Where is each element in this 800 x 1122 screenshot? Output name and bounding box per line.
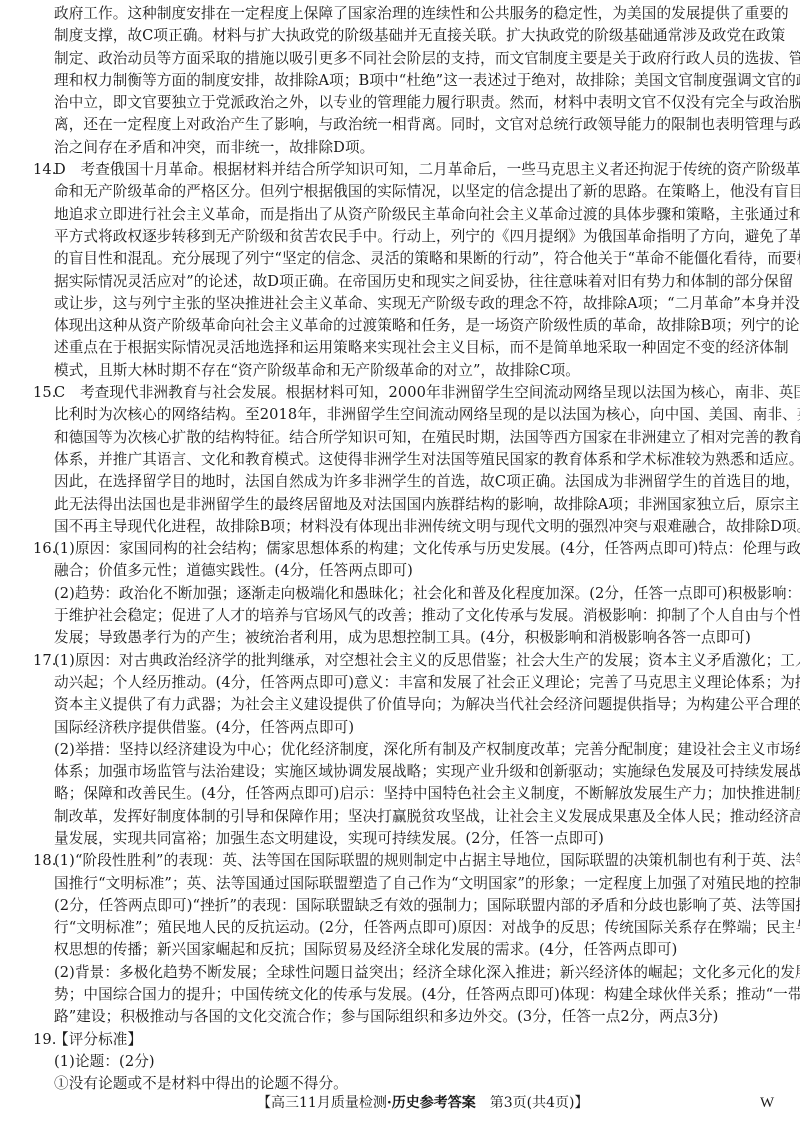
text-line: 体系，并推广其语言、文化和教育模式。这使得非洲学生对法国等殖民国家的教育体系和学… <box>33 449 773 471</box>
text-line: 国不再主导现代化进程，故排除B项；材料没有体现出非洲传统文明与现代文明的强烈冲突… <box>33 516 773 538</box>
text-line: (1)论题：(2分) <box>33 1051 773 1073</box>
line-text: 制定、政治动员等方面采取的措施以吸引更多不同社会阶层的支持，而文官制度主要是关于… <box>54 50 800 67</box>
line-text: 命和无产阶级革命的严格区分。但列宁根据俄国的实际情况，以坚定的信念提出了新的思路… <box>54 183 800 200</box>
text-line: 治中立，即文官要独立于党派政治之外，以专业的管理能力履行职责。然而，材料中表明文… <box>33 92 773 114</box>
question-number: 16. <box>33 538 54 560</box>
text-line: 量发展，实现共同富裕；加强生态文明建设，实现可持续发展。(2分，任答一点即可) <box>33 828 773 850</box>
line-text: 发展；导致愚孝行为的产生；被统治者利用，成为思想控制工具。(4分，积极影响和消极… <box>54 629 751 646</box>
line-text: 或让步，这与列宁主张的坚决推进社会主义革命、实现无产阶级专政的理念不符，故排除A… <box>54 295 800 312</box>
text-line: 和德国等为次核心扩散的结构特征。结合所学知识可知，在殖民时期，法国等西方国家在非… <box>33 427 773 449</box>
line-text: 因此，在选择留学目的地时，法国自然成为许多非洲学生的首选，故C项正确。法国成为非… <box>54 473 800 490</box>
line-text: 行“文明标准”；殖民地人民的反抗运动。(2分，任答两点即可)原因：对战争的反思；… <box>54 919 800 936</box>
line-text: 理和权力制衡等方面的制度安排，故排除A项；B项中“杜绝”这一表述过于绝对，故排除… <box>54 72 800 89</box>
line-text: 融合；价值多元性；道德实践性。(4分，任答两点即可) <box>54 562 413 579</box>
text-line: 地追求立即进行社会主义革命，而是指出了从资产阶级民主革命向社会主义革命过渡的具体… <box>33 204 773 226</box>
line-text: 治中立，即文官要独立于党派政治之外，以专业的管理能力履行职责。然而，材料中表明文… <box>54 94 800 111</box>
text-line: 行“文明标准”；殖民地人民的反抗运动。(2分，任答两点即可)原因：对战争的反思；… <box>33 917 773 939</box>
line-text: 略；保障和改善民生。(4分，任答两点即可)启示：坚持中国特色社会主义制度，不断解… <box>54 785 800 802</box>
line-text: 量发展，实现共同富裕；加强生态文明建设，实现可持续发展。(2分，任答一点即可) <box>54 830 604 847</box>
footer-page-info: 第3页(共4页) <box>490 1095 575 1111</box>
answer-key-body: 政府工作。这种制度安排在一定程度上保障了国家治理的连续性和公共服务的稳定性，为美… <box>33 3 773 1096</box>
line-text: 路”建设；积极推动与各国的文化交流合作；参与国际组织和多边外交。(3分，任答一点… <box>54 1008 718 1025</box>
text-line: 述重点在于根据实际情况灵活地选择和运用策略来实现社会主义目标，而不是简单地采取一… <box>33 337 773 359</box>
line-text: 平方式将政权逐步转移到无产阶级和贫苦农民手中。行动上，列宁的《四月提纲》为俄国革… <box>54 228 800 245</box>
text-line: (2)背景：多极化趋势不断发展；全球性问题日益突出；经济全球化深入推进；新兴经济… <box>33 962 773 984</box>
line-text: 政府工作。这种制度安排在一定程度上保障了国家治理的连续性和公共服务的稳定性，为美… <box>54 5 789 22</box>
line-text: 动兴起；个人经历推动。(4分，任答两点即可)意义：丰富和发展了社会正义理论；完善… <box>54 674 800 691</box>
line-text: 体系，并推广其语言、文化和教育模式。这使得非洲学生对法国等殖民国家的教育体系和学… <box>54 451 800 468</box>
line-text: 国推行“文明标准”；英、法等国通过国际联盟塑造了自己作为“文明国家”的形象；一定… <box>54 875 800 892</box>
text-line: 权思想的传播；新兴国家崛起和反抗；国际贸易及经济全球化发展的需求。(4分，任答两… <box>33 939 773 961</box>
line-text: 和德国等为次核心扩散的结构特征。结合所学知识可知，在殖民时期，法国等西方国家在非… <box>54 429 800 446</box>
line-text: 制度支撑，故C项正确。材料与扩大执政党的阶级基础并无直接关联。扩大执政党的阶级基… <box>54 27 785 44</box>
text-line: 动兴起；个人经历推动。(4分，任答两点即可)意义：丰富和发展了社会正义理论；完善… <box>33 672 773 694</box>
text-line: 平方式将政权逐步转移到无产阶级和贫苦农民手中。行动上，列宁的《四月提纲》为俄国革… <box>33 226 773 248</box>
text-line: 比利时为次核心的网络结构。至2018年，非洲留学生空间流动网络呈现的是以法国为核… <box>33 404 773 426</box>
line-text: 体系；加强市场监管与法治建设；实施区域协调发展战略；实现产业升级和创新驱动；实施… <box>54 763 800 780</box>
text-line: 资本主义提供了有力武器；为社会主义建设提供了价值导向；为解决当代社会经济问题提供… <box>33 694 773 716</box>
text-line: (2)趋势：政治化不断加强；逐渐走向极端化和愚昧化；社会化和普及化程度加深。(2… <box>33 583 773 605</box>
footer-bracket-close: 】 <box>574 1095 588 1111</box>
line-text: (1)原因：家国同构的社会结构；儒家思想体系的构建；文化传承与历史发展。(4分，… <box>54 540 800 557</box>
text-line: 融合；价值多元性；道德实践性。(4分，任答两点即可) <box>33 560 773 582</box>
text-line: 此无法得出法国也是非洲留学生的最终居留地及对法国国内族群结构的影响，故排除A项；… <box>33 494 773 516</box>
page-footer: 【高三11月质量检测·历史参考答案 第3页(共4页)】 W <box>0 1092 800 1114</box>
question-line: 15.C 考查现代非洲教育与社会发展。根据材料可知，2000年非洲留学生空间流动… <box>33 382 773 404</box>
text-line: 治之间存在矛盾和冲突，而非统一，故排除D项。 <box>33 137 773 159</box>
line-text: 述重点在于根据实际情况灵活地选择和运用策略来实现社会主义目标，而不是简单地采取一… <box>54 339 789 356</box>
line-text: (2)举措：坚持以经济建设为中心；优化经济制度，深化所有制及产权制度改革；完善分… <box>54 741 800 758</box>
line-text: 权思想的传播；新兴国家崛起和反抗；国际贸易及经济全球化发展的需求。(4分，任答两… <box>54 941 677 958</box>
line-text: 治之间存在矛盾和冲突，而非统一，故排除D项。 <box>54 139 374 156</box>
text-line: 势；中国综合国力的提升；中国传统文化的传承与发展。(4分，任答两点即可)体现：构… <box>33 984 773 1006</box>
line-text: 地追求立即进行社会主义革命，而是指出了从资产阶级民主革命向社会主义革命过渡的具体… <box>54 206 800 223</box>
question-line: 14.D 考查俄国十月革命。根据材料并结合所学知识可知，二月革命后，一些马克思主… <box>33 159 773 181</box>
line-text: 模式，且斯大林时期不存在“资产阶级革命和无产阶级革命的对立”，故排除C项。 <box>54 362 580 379</box>
line-text: 于维护社会稳定；促进了人才的培养与官场风气的改善；推动了文化传承与发展。消极影响… <box>54 607 800 624</box>
footer-subject: 历史参考答案 <box>392 1095 476 1111</box>
line-text: (2)趋势：政治化不断加强；逐渐走向极端化和愚昧化；社会化和普及化程度加深。(2… <box>54 585 800 602</box>
line-text: (2)背景：多极化趋势不断发展；全球性问题日益突出；经济全球化深入推进；新兴经济… <box>54 964 800 981</box>
line-text: 国不再主导现代化进程，故排除B项；材料没有体现出非洲传统文明与现代文明的强烈冲突… <box>54 518 800 535</box>
question-number: 15. <box>33 382 54 404</box>
footer-exam-name: 高三11月质量检测 <box>271 1095 387 1111</box>
text-line: 制度支撑，故C项正确。材料与扩大执政党的阶级基础并无直接关联。扩大执政党的阶级基… <box>33 25 773 47</box>
line-text: 此无法得出法国也是非洲留学生的最终居留地及对法国国内族群结构的影响，故排除A项；… <box>54 496 799 513</box>
text-line: 制定、政治动员等方面采取的措施以吸引更多不同社会阶层的支持，而文官制度主要是关于… <box>33 48 773 70</box>
version-mark: W <box>760 1092 774 1114</box>
document-page: 政府工作。这种制度安排在一定程度上保障了国家治理的连续性和公共服务的稳定性，为美… <box>0 0 800 1122</box>
line-text: 体现出这种从资产阶级革命向社会主义革命的过渡策略和任务，是一场资产阶级性质的革命… <box>54 317 800 334</box>
question-line: 19.【评分标准】 <box>33 1029 773 1051</box>
text-line: 据实际情况灵活应对”的论述，故D项正确。在帝国历史和现实之间妥协，往往意味着对旧… <box>33 271 773 293</box>
text-line: 或让步，这与列宁主张的坚决推进社会主义革命、实现无产阶级专政的理念不符，故排除A… <box>33 293 773 315</box>
text-line: 命和无产阶级革命的严格区分。但列宁根据俄国的实际情况，以坚定的信念提出了新的思路… <box>33 181 773 203</box>
line-text: 离，还在一定程度上对政治产生了影响，与政治统一相背离。同时，文官对总统行政领导能… <box>54 116 800 133</box>
text-line: 政府工作。这种制度安排在一定程度上保障了国家治理的连续性和公共服务的稳定性，为美… <box>33 3 773 25</box>
question-line: 17.(1)原因：对古典政治经济学的批判继承，对空想社会主义的反思借鉴；社会大生… <box>33 650 773 672</box>
text-line: 理和权力制衡等方面的制度安排，故排除A项；B项中“杜绝”这一表述过于绝对，故排除… <box>33 70 773 92</box>
line-text: 国际经济秩序提供借鉴。(4分，任答两点即可) <box>54 719 354 736</box>
question-number: 14. <box>33 159 54 181</box>
text-line: 发展；导致愚孝行为的产生；被统治者利用，成为思想控制工具。(4分，积极影响和消极… <box>33 627 773 649</box>
line-text: 资本主义提供了有力武器；为社会主义建设提供了价值导向；为解决当代社会经济问题提供… <box>54 696 800 713</box>
question-number: 18. <box>33 850 54 872</box>
text-line: 国际经济秩序提供借鉴。(4分，任答两点即可) <box>33 717 773 739</box>
text-line: 制改革，发挥好制度体制的引导和保障作用；坚决打赢脱贫攻坚战，让社会主义发展成果惠… <box>33 806 773 828</box>
line-text: (2分，任答两点即可)“挫折”的表现：国际联盟缺乏有效的强制力；国际联盟内部的矛… <box>54 897 800 914</box>
line-text: ①没有论题或不是材料中得出的论题不得分。 <box>54 1075 348 1092</box>
line-text: 势；中国综合国力的提升；中国传统文化的传承与发展。(4分，任答两点即可)体现：构… <box>54 986 800 1003</box>
line-text: C 考查现代非洲教育与社会发展。根据材料可知，2000年非洲留学生空间流动网络呈… <box>54 384 800 401</box>
footer-title: 【高三11月质量检测·历史参考答案 第3页(共4页)】 <box>257 1092 588 1114</box>
question-number: 17. <box>33 650 54 672</box>
text-line: 于维护社会稳定；促进了人才的培养与官场风气的改善；推动了文化传承与发展。消极影响… <box>33 605 773 627</box>
text-line: 路”建设；积极推动与各国的文化交流合作；参与国际组织和多边外交。(3分，任答一点… <box>33 1006 773 1028</box>
line-text: 据实际情况灵活应对”的论述，故D项正确。在帝国历史和现实之间妥协，往往意味着对旧… <box>54 273 793 290</box>
text-line: (2)举措：坚持以经济建设为中心；优化经济制度，深化所有制及产权制度改革；完善分… <box>33 739 773 761</box>
text-line: 离，还在一定程度上对政治产生了影响，与政治统一相背离。同时，文官对总统行政领导能… <box>33 114 773 136</box>
line-text: (1)“阶段性胜利”的表现：英、法等国在国际联盟的规则制定中占据主导地位，国际联… <box>54 852 800 869</box>
text-line: 略；保障和改善民生。(4分，任答两点即可)启示：坚持中国特色社会主义制度，不断解… <box>33 783 773 805</box>
question-number: 19. <box>33 1029 54 1051</box>
question-line: 18.(1)“阶段性胜利”的表现：英、法等国在国际联盟的规则制定中占据主导地位，… <box>33 850 773 872</box>
line-text: D 考查俄国十月革命。根据材料并结合所学知识可知，二月革命后，一些马克思主义者还… <box>54 161 800 178</box>
line-text: (1)原因：对古典政治经济学的批判继承，对空想社会主义的反思借鉴；社会大生产的发… <box>54 652 800 669</box>
text-line: 体系；加强市场监管与法治建设；实施区域协调发展战略；实现产业升级和创新驱动；实施… <box>33 761 773 783</box>
text-line: 的盲目性和混乱。充分展现了列宁“坚定的信念、灵活的策略和果断的行动”，符合他关于… <box>33 248 773 270</box>
line-text: 的盲目性和混乱。充分展现了列宁“坚定的信念、灵活的策略和果断的行动”，符合他关于… <box>54 250 800 267</box>
line-text: 【评分标准】 <box>54 1031 142 1048</box>
line-text: 比利时为次核心的网络结构。至2018年，非洲留学生空间流动网络呈现的是以法国为核… <box>54 406 800 423</box>
text-line: 因此，在选择留学目的地时，法国自然成为许多非洲学生的首选，故C项正确。法国成为非… <box>33 471 773 493</box>
line-text: 制改革，发挥好制度体制的引导和保障作用；坚决打赢脱贫攻坚战，让社会主义发展成果惠… <box>54 808 800 825</box>
line-text: (1)论题：(2分) <box>54 1053 155 1070</box>
question-line: 16.(1)原因：家国同构的社会结构；儒家思想体系的构建；文化传承与历史发展。(… <box>33 538 773 560</box>
footer-bracket-open: 【 <box>257 1095 271 1111</box>
text-line: (2分，任答两点即可)“挫折”的表现：国际联盟缺乏有效的强制力；国际联盟内部的矛… <box>33 895 773 917</box>
text-line: 国推行“文明标准”；英、法等国通过国际联盟塑造了自己作为“文明国家”的形象；一定… <box>33 873 773 895</box>
text-line: 模式，且斯大林时期不存在“资产阶级革命和无产阶级革命的对立”，故排除C项。 <box>33 360 773 382</box>
text-line: 体现出这种从资产阶级革命向社会主义革命的过渡策略和任务，是一场资产阶级性质的革命… <box>33 315 773 337</box>
